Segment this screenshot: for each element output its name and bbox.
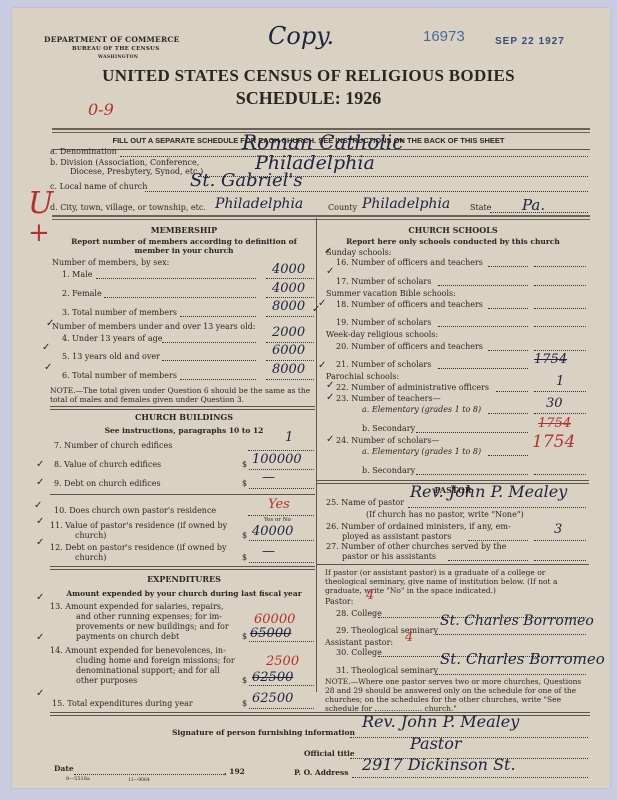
q17-field[interactable] [534,285,586,286]
check-mark-icon: ✓ [34,500,42,511]
q23a-line [488,413,528,414]
q24b-line [416,474,528,475]
male-field-line [266,278,314,279]
division-label-2: Diocese, Presbytery, Synod, etc.) [70,167,203,176]
item14-correction: 2500 [266,654,299,669]
county-label: County [328,203,357,212]
edifices-count-value[interactable]: 1 [285,430,293,445]
q17-label: 17. Number of scholars [336,277,431,286]
q21-value[interactable]: 1754 [534,352,567,367]
owns-residence-line [248,515,314,516]
pastor-label: Pastor: [325,597,353,606]
by-sex-label: Number of members, by sex: [52,258,169,267]
q30-label: 30. College [336,648,382,657]
check-mark-icon: ✓ [42,342,50,353]
over13-value[interactable]: 6000 [272,343,305,358]
q24b-field[interactable] [534,474,586,475]
check-mark-icon: ✓ [36,592,44,603]
total-members-value[interactable]: 8000 [272,299,305,314]
check-mark-icon: ✓ [312,304,320,315]
female-line [104,297,256,298]
address-label: P. O. Address [294,768,348,777]
address-line [352,777,588,778]
pastor-note: NOTE.—Where one pastor serves two or mor… [325,677,587,713]
edifices-value-line [249,469,314,470]
item13-label-3: provements or new buildings; and for [76,622,229,631]
bureau-city: WASHINGTON [98,55,138,60]
q24a-line [488,455,528,456]
residence-debt-label-2: church) [75,553,106,562]
official-title-label: Official title [304,749,355,758]
currency-symbol: $ [242,676,247,685]
item14-line [249,685,314,686]
local-name-line [145,191,588,192]
q19-field[interactable] [534,326,586,327]
schools-intro: Report here only schools conducted by th… [318,237,588,246]
residence-value-label: 11. Value of pastor's residence (if owne… [50,521,227,530]
item15-label: 15. Total expenditures during year [52,699,193,708]
check-mark-icon: ✓ [36,477,44,488]
local-name-label: c. Local name of church [50,182,147,191]
item14-label: 14. Amount expended for benevolences, in… [50,646,226,655]
q22-label: 22. Number of administrative officers [336,383,489,392]
item13-label-2: and other running expenses; for im- [76,612,222,621]
q21-line [438,368,528,369]
margin-mark-plus: + [28,218,50,248]
pastor-mark: 4 [366,588,374,603]
bureau-name: BUREAU OF THE CENSUS [72,46,160,52]
q16-label: 16. Number of officers and teachers [336,258,483,267]
q20-field[interactable] [534,350,586,351]
q16-line [488,266,528,267]
check-mark-icon: ✓ [36,459,44,470]
q29-value[interactable]: St. Charles Borromeo [440,613,594,629]
item13-line [249,641,314,642]
q18-field[interactable] [534,308,586,309]
q29-line [436,634,586,635]
state-value[interactable]: Pa. [522,196,545,214]
q20-line [488,350,528,351]
q23b-label: b. Secondary [362,424,415,433]
total-by-age-field-line [266,379,314,380]
item15-value[interactable]: 62500 [252,691,293,706]
total-by-age-line [180,379,256,380]
check-mark-icon: ✓ [326,434,334,445]
edifices-debt-value[interactable]: — [262,470,275,485]
q20-label: 20. Number of officers and teachers [336,342,483,351]
form-title: UNITED STATES CENSUS OF RELIGIOUS BODIES [0,66,617,86]
divider [50,566,315,570]
q23a-value[interactable]: 30 [546,396,563,411]
q19-line [438,326,528,327]
total-field-line [266,316,314,317]
q26-line [468,540,528,541]
currency-symbol: $ [242,531,247,540]
q26-label: 26. Number of ordained ministers, if any… [326,522,511,531]
q29-label: 29. Theological seminary [336,626,438,635]
item15-line [249,708,314,709]
check-mark-icon: ✓ [44,362,52,373]
by-age-label: Number of members under and over 13 year… [52,322,255,331]
q31-line [436,674,586,675]
q24a-label: a. Elementary (grades 1 to 8) [362,447,481,456]
q31-label: 31. Theological seminary [336,666,438,675]
check-mark-icon: ✓ [36,537,44,548]
item13-correction: 60000 [254,612,295,627]
female-value[interactable]: 4000 [272,281,305,296]
over13-label: 5. 13 years old and over [62,352,160,361]
item13-label: 13. Amount expended for salaries, repair… [50,602,223,611]
q23a-field [534,413,586,414]
city-value[interactable]: Philadelphia [215,196,303,212]
q23-label: 23. Number of teachers— [336,394,441,403]
q26-field [534,540,586,541]
city-label: d. City, town, village, or township, etc… [50,203,206,212]
q23b-value[interactable]: 1754 [538,416,571,431]
male-value[interactable]: 4000 [272,262,305,277]
signature-value[interactable]: Rev. John P. Mealey [362,712,519,731]
assistant-mark: 4 [405,630,413,645]
q22-value[interactable]: 1 [556,374,564,389]
parochial-label: Parochial schools: [326,372,399,381]
buildings-heading: CHURCH BUILDINGS [52,412,316,422]
under13-label: 4. Under 13 years of age [62,334,162,343]
q25-value[interactable]: Rev. John P. Mealey [410,482,567,501]
male-line [96,278,256,279]
weekday-label: Week-day religious schools: [326,330,438,339]
county-value[interactable]: Philadelphia [362,196,450,212]
denomination-value[interactable]: Roman Catholic [242,130,403,154]
membership-intro-2: member in your church [52,246,316,255]
signature-line [350,737,588,738]
item14-label-2: cluding home and foreign missions; for [76,656,235,665]
membership-intro: Report number of members according to de… [52,237,316,246]
item14-label-3: denominational support; and for all [76,666,220,675]
copy-annotation: Copy. [268,22,334,50]
official-title-value[interactable]: Pastor [410,734,462,753]
item14-value[interactable]: 62500 [252,670,293,685]
local-name-value[interactable]: St. Gabriel's [190,170,303,191]
under13-value[interactable]: 2000 [272,325,305,340]
address-value[interactable]: 2917 Dickinson St. [362,755,516,774]
residence-debt-line [249,562,314,563]
check-mark-icon: ✓ [326,266,334,277]
q25-hint: (If church has no pastor, write "None") [366,510,524,519]
q24b-label: b. Secondary [362,466,415,475]
residence-value-line [249,540,314,541]
stamp-number: 16973 [423,28,465,45]
residence-debt-value[interactable]: — [262,544,275,559]
check-mark-icon: ✓ [36,516,44,527]
total-by-age-label: 6. Total number of members [62,371,177,380]
q19-label: 19. Number of scholars [336,318,431,327]
schools-heading: CHURCH SCHOOLS [318,225,588,235]
date-suffix: , 192 [224,767,245,776]
q31-value[interactable]: St. Charles Borromeo [440,650,605,668]
edifices-debt-line [249,488,314,489]
column-divider [316,218,317,692]
currency-symbol: $ [242,479,247,488]
q22-line [496,391,528,392]
edifices-value-label: 8. Value of church edifices [54,460,161,469]
check-mark-icon: ✓ [324,246,332,257]
denomination-label: a. Denomination [50,147,117,156]
item14-label-4: other purposes [76,676,137,685]
q18-label: 18. Number of officers and teachers [336,300,483,309]
divider [50,406,315,410]
check-mark-icon: ✓ [36,688,44,699]
edifices-debt-label: 9. Debt on church edifices [54,479,161,488]
graduate-note: If pastor (or assistant pastor) is a gra… [325,568,587,595]
male-label: 1. Male [62,270,92,279]
state-label: State [470,203,491,212]
residence-value-value[interactable]: 40000 [252,524,293,539]
over13-line [162,360,256,361]
q25-line [408,507,586,508]
check-mark-icon: ✓ [318,360,326,371]
q24a-value[interactable]: 1754 [532,432,575,452]
female-label: 2. Female [62,289,102,298]
q23b-line [416,432,528,433]
owns-residence-value[interactable]: Yes [268,497,290,512]
membership-heading: MEMBERSHIP [52,225,316,235]
summer-label: Summer vacation Bible schools: [326,289,456,298]
expenditures-heading: EXPENDITURES [52,574,316,584]
currency-symbol: $ [242,460,247,469]
residence-value-label-2: church) [75,531,106,540]
buildings-subheading: See instructions, paragraphs 10 to 12 [52,426,316,435]
edifices-value-value[interactable]: 100000 [252,452,302,467]
divider [52,215,590,220]
total-line [180,316,256,317]
q26-label-2: ployed as assistant pastors [342,532,451,541]
q28-label: 28. College [336,609,382,618]
female-field-line [266,297,314,298]
q17-line [438,285,528,286]
item13-value[interactable]: 65000 [250,626,291,641]
assistant-label: Assistant pastor: [325,638,393,647]
check-mark-icon: ✓ [326,380,334,391]
red-code-annotation: 0-9 [88,100,114,119]
q27-line [448,560,528,561]
q22-field [534,391,586,392]
currency-symbol: $ [242,553,247,562]
signature-label: Signature of person furnishing informati… [172,728,355,737]
edifices-count-label: 7. Number of church edifices [54,441,172,450]
over13-field-line [266,360,314,361]
edifices-count-line [248,450,314,451]
q26-value[interactable]: 3 [554,522,562,537]
check-mark-icon: ✓ [326,392,334,403]
q16-field[interactable] [534,266,586,267]
item13-label-4: payments on church debt [76,632,179,641]
department-name: DEPARTMENT OF COMMERCE [44,35,180,44]
yes-no-hint: Yes or No [264,517,291,523]
q23a-label: a. Elementary (grades 1 to 8) [362,405,481,414]
date-field[interactable] [74,774,226,775]
q18-line [488,308,528,309]
total-by-age-value[interactable]: 8000 [272,362,305,377]
owns-residence-label: 10. Does church own pastor's residence [54,506,216,515]
membership-note: NOTE.—The total given under Question 6 s… [50,386,312,404]
q25-label: 25. Name of pastor [326,498,404,507]
date-label: Date [54,764,74,773]
divider [50,494,315,495]
check-mark-icon: ✓ [46,318,54,329]
expenditures-subheading: Amount expended by your church during la… [52,589,316,598]
sunday-label: Sunday schools: [326,248,391,257]
form-code-1: 8—5518a [66,776,90,782]
under13-line [162,342,256,343]
residence-debt-label: 12. Debt on pastor's residence (if owned… [50,543,227,552]
q21-label: 21. Number of scholars [336,360,431,369]
currency-symbol: $ [242,699,247,708]
q24-label: 24. Number of scholars— [336,436,439,445]
check-mark-icon: ✓ [36,632,44,643]
q27-field[interactable] [534,560,586,561]
currency-symbol: $ [242,632,247,641]
division-label: b. Division (Association, Conference, [50,158,199,167]
divider [317,564,589,565]
stamp-date: SEP 22 1927 [495,36,565,47]
total-members-label: 3. Total number of members [62,308,177,317]
q27-label-2: pastor or his assistants [342,552,436,561]
q27-label: 27. Number of other churches served by t… [326,542,506,551]
form-code-2: 11—9064 [128,778,150,783]
